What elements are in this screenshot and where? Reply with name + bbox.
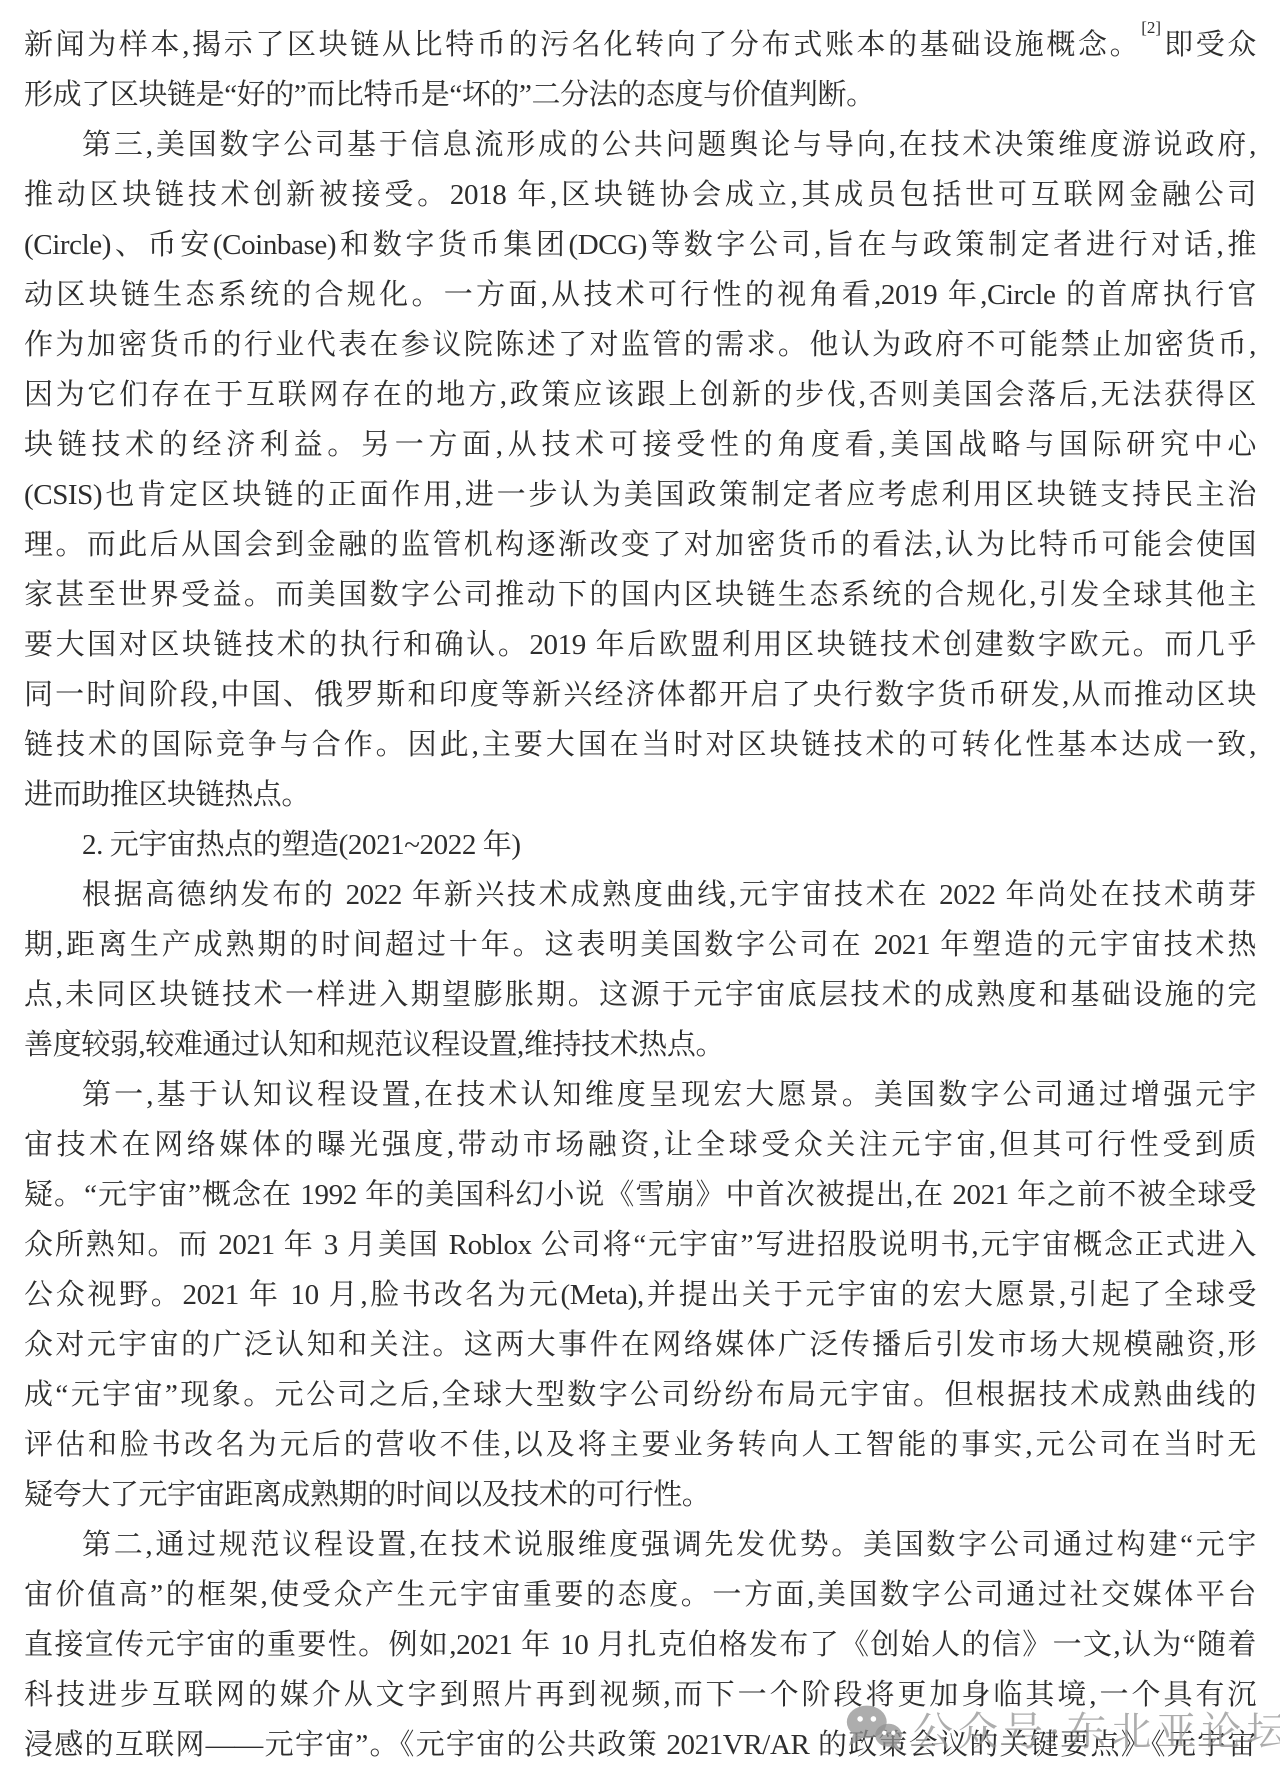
- text-line: 同一时间阶段,中国、俄罗斯和印度等新兴经济体都开启了央行数字货币研发,从而推动区…: [24, 670, 1256, 720]
- text-line: 疑夸大了元宇宙距离成熟期的时间以及技术的可行性。: [24, 1470, 1256, 1520]
- text-line: 期,距离生产成熟期的时间超过十年。这表明美国数字公司在 2021 年塑造的元宇宙…: [24, 920, 1256, 970]
- document-page: 新闻为样本,揭示了区块链从比特币的污名化转向了分布式账本的基础设施概念。[2]即…: [0, 0, 1280, 1780]
- text-line: 宙价值高”的框架,使受众产生元宇宙重要的态度。一方面,美国数字公司通过社交媒体平…: [24, 1570, 1256, 1620]
- text-line: 进而助推区块链热点。: [24, 770, 1256, 820]
- text-line: 第一,基于认知议程设置,在技术认知维度呈现宏大愿景。美国数字公司通过增强元宇: [24, 1070, 1256, 1120]
- text-line: 浸感的互联网——元宇宙”。《元宇宙的公共政策 2021VR/AR 的政策会议的关…: [24, 1720, 1256, 1770]
- text-line: 动区块链生态系统的合规化。一方面,从技术可行性的视角看,2019 年,Circl…: [24, 270, 1256, 320]
- text-line: 新闻为样本,揭示了区块链从比特币的污名化转向了分布式账本的基础设施概念。[2]即…: [24, 20, 1256, 70]
- text-line: 成“元宇宙”现象。元公司之后,全球大型数字公司纷纷布局元宇宙。但根据技术成熟曲线…: [24, 1370, 1256, 1420]
- text-line: 根据高德纳发布的 2022 年新兴技术成熟度曲线,元宇宙技术在 2022 年尚处…: [24, 870, 1256, 920]
- article-text: 新闻为样本,揭示了区块链从比特币的污名化转向了分布式账本的基础设施概念。[2]即…: [24, 20, 1256, 1770]
- text-line: 宙技术在网络媒体的曝光强度,带动市场融资,让全球受众关注元宇宙,但其可行性受到质: [24, 1120, 1256, 1170]
- text-line: 评估和脸书改名为元后的营收不佳,以及将主要业务转向人工智能的事实,元公司在当时无: [24, 1420, 1256, 1470]
- text-line: 直接宣传元宇宙的重要性。例如,2021 年 10 月扎克伯格发布了《创始人的信》…: [24, 1620, 1256, 1670]
- text-line: 理。而此后从国会到金融的监管机构逐渐改变了对加密货币的看法,认为比特币可能会使国: [24, 520, 1256, 570]
- text-line: 第二,通过规范议程设置,在技术说服维度强调先发优势。美国数字公司通过构建“元宇: [24, 1520, 1256, 1570]
- text-line: 点,未同区块链技术一样进入期望膨胀期。这源于元宇宙底层技术的成熟度和基础设施的完: [24, 970, 1256, 1020]
- text-line: 善度较弱,较难通过认知和规范议程设置,维持技术热点。: [24, 1020, 1256, 1070]
- text-line: 科技进步互联网的媒介从文字到照片再到视频,而下一个阶段将更加身临其境,一个具有沉: [24, 1670, 1256, 1720]
- text-line: 第三,美国数字公司基于信息流形成的公共问题舆论与导向,在技术决策维度游说政府,: [24, 120, 1256, 170]
- text-line: 因为它们存在于互联网存在的地方,政策应该跟上创新的步伐,否则美国会落后,无法获得…: [24, 370, 1256, 420]
- text-line: 家甚至世界受益。而美国数字公司推动下的国内区块链生态系统的合规化,引发全球其他主: [24, 570, 1256, 620]
- text-line: 形成了区块链是“好的”而比特币是“坏的”二分法的态度与价值判断。: [24, 70, 1256, 120]
- text-line: 作为加密货币的行业代表在参议院陈述了对监管的需求。他认为政府不可能禁止加密货币,: [24, 320, 1256, 370]
- text-line: 要大国对区块链技术的执行和确认。2019 年后欧盟利用区块链技术创建数字欧元。而…: [24, 620, 1256, 670]
- text-line: 链技术的国际竞争与合作。因此,主要大国在当时对区块链技术的可转化性基本达成一致,: [24, 720, 1256, 770]
- footnote-marker: [2]: [1141, 20, 1161, 37]
- text-line: (Circle)、币安(Coinbase)和数字货币集团(DCG)等数字公司,旨…: [24, 220, 1256, 270]
- text-line: (CSIS)也肯定区块链的正面作用,进一步认为美国政策制定者应考虑利用区块链支持…: [24, 470, 1256, 520]
- text-line: 2. 元宇宙热点的塑造(2021~2022 年): [24, 820, 1256, 870]
- text-line: 疑。“元宇宙”概念在 1992 年的美国科幻小说《雪崩》中首次被提出,在 202…: [24, 1170, 1256, 1220]
- text-line: 众所熟知。而 2021 年 3 月美国 Roblox 公司将“元宇宙”写进招股说…: [24, 1220, 1256, 1270]
- text-line: 块链技术的经济利益。另一方面,从技术可接受性的角度看,美国战略与国际研究中心: [24, 420, 1256, 470]
- text-line: 众对元宇宙的广泛认知和关注。这两大事件在网络媒体广泛传播后引发市场大规模融资,形: [24, 1320, 1256, 1370]
- text-line: 公众视野。2021 年 10 月,脸书改名为元(Meta),并提出关于元宇宙的宏…: [24, 1270, 1256, 1320]
- text-line: 推动区块链技术创新被接受。2018 年,区块链协会成立,其成员包括世可互联网金融…: [24, 170, 1256, 220]
